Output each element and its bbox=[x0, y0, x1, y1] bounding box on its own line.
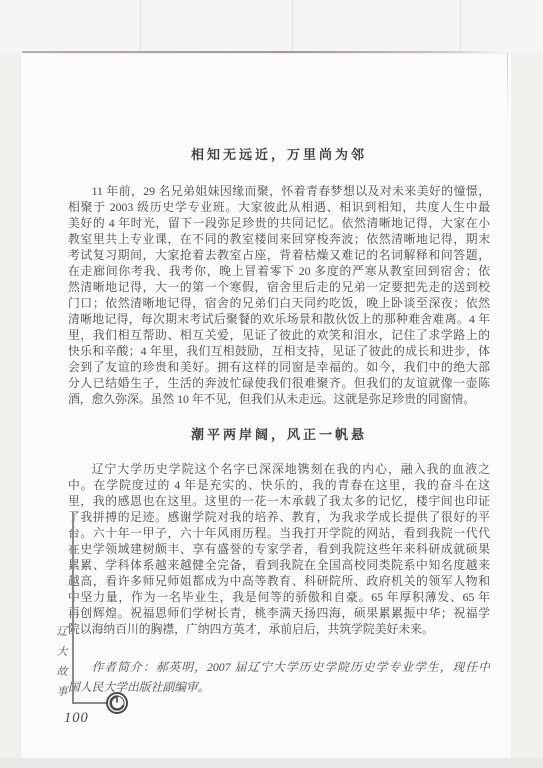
text-line: 累累、学科体系越来越健全完备，看到我院在全国高校同类院系中知名度越来 bbox=[68, 557, 490, 573]
text-line: 再创辉煌。祝福恩师们学树长青，桃李满天扬四海，硕果累累振中华；祝福学 bbox=[68, 605, 490, 621]
text-line: 教室里共上专业课，在不同的教室楼间来回穿梭奔波；依然清晰地记得，期末 bbox=[68, 231, 490, 247]
text-line: 国人民大学出版社副编审。 bbox=[68, 677, 490, 697]
author-note: 作者简介：郝英明，2007 届辽宁大学历史学院历史学专业学生，现任中国人民大学出… bbox=[68, 657, 490, 697]
text-line: 中。在学院度过的 4 年是充实的、快乐的，我的青春在这里，我的奋斗在这 bbox=[68, 477, 490, 493]
text-line: 考试复习期间，大家抢着去教室占座，背着枯燥又难记的名词解释和问答题， bbox=[68, 247, 490, 263]
text-line: 在走廊间你考我、我考你，晚上冒着零下 20 多度的严寒从教室回到宿舍；依 bbox=[68, 263, 490, 279]
section-heading-1: 相知无远近，万里尚为邻 bbox=[68, 144, 490, 163]
university-emblem-icon bbox=[105, 691, 129, 715]
text-line: 台。六十年一甲子，六十年风雨历程。当我打开学院的网站，看到我院一代代 bbox=[68, 525, 490, 541]
text-line: 里，我的感恩也在这里。这里的一花一木承载了我太多的记忆，楼宇间也印证 bbox=[68, 493, 490, 509]
text-line: 辽 bbox=[54, 622, 70, 642]
text-line: 门口；依然清晰地记得，宿舍的兄弟们白天同约吃饭，晚上卧谈至深夜；依然 bbox=[68, 295, 490, 311]
paragraph-2: 辽宁大学历史学院这个名字已深深地镌刻在我的内心，融入我的血液之中。在学院度过的 … bbox=[68, 461, 490, 637]
text-line: 辽宁大学历史学院这个名字已深深地镌刻在我的内心，融入我的血液之 bbox=[68, 461, 490, 477]
sidebar-rail-horizontal bbox=[72, 702, 108, 704]
text-line: 清晰地记得，每次期末考试后聚餐的欢乐场景和散伙饭上的那种难舍难离。4 年 bbox=[68, 311, 490, 327]
text-line: 大 bbox=[54, 642, 70, 662]
paragraph-1: 11 年前，29 名兄弟姐妹因缘而聚，怀着青春梦想以及对未来美好的憧憬，相聚于 … bbox=[68, 183, 490, 407]
text-line: 会到了友谊的珍贵和美好。拥有这样的同窗是幸福的。如今，我们中的绝大部 bbox=[68, 359, 490, 375]
text-line: 快乐和辛酸；4 年里，我们互相鼓励，互相支持，见证了彼此的成长和进步，体 bbox=[68, 343, 490, 359]
sidebar-rail-vertical bbox=[72, 512, 74, 703]
text-line: 在史学领域建树颇丰、享有盛誉的专家学者，看到我院这些年来科研成就硕果 bbox=[68, 541, 490, 557]
text-line: 然清晰地记得，大一的第一个寒假，宿舍里后走的兄弟一定要把先走的送到校 bbox=[68, 279, 490, 295]
text-line: 越高，看许多师兄师姐都成为中高等教育、科研院所、政府机关的领军人物和 bbox=[68, 573, 490, 589]
text-line: 相聚于 2003 级历史学专业班。大家彼此从相遇、相识到相知，共度人生中最 bbox=[68, 199, 490, 215]
text-line: 分人已结婚生子，生活的奔波忙碌使我们很难聚齐。但我们的友谊就像一壶陈 bbox=[68, 375, 490, 391]
text-line: 了我拼搏的足迹。感谢学院对我的培养、教育，为我求学成长提供了很好的平 bbox=[68, 509, 490, 525]
text-line: 中坚力量，作为一名毕业生，我是何等的骄傲和自豪。65 年厚积薄发、65 年 bbox=[68, 589, 490, 605]
text-line: 故 bbox=[54, 662, 70, 682]
text-line: 院以海纳百川的胸襟，广纳四方英才，承前启后，共筑学院美好未来。 bbox=[68, 621, 490, 637]
sidebar-series-label: 辽大故事 bbox=[54, 622, 70, 702]
text-line: 11 年前，29 名兄弟姐妹因缘而聚，怀着青春梦想以及对未来美好的憧憬， bbox=[68, 183, 490, 199]
article-content: 相知无远近，万里尚为邻 11 年前，29 名兄弟姐妹因缘而聚，怀着青春梦想以及对… bbox=[0, 0, 543, 768]
text-line: 美好的 4 年时光，留下一段弥足珍贵的共同记忆。依然清晰地记得，大家在小 bbox=[68, 215, 490, 231]
text-line: 里，我们相互帮助、相互关爱，见证了彼此的欢笑和泪水，记住了求学路上的 bbox=[68, 327, 490, 343]
text-line: 酒，愈久弥深。虽然 10 年不见，但我们从未走远。这就是弥足珍贵的同窗情。 bbox=[68, 391, 490, 407]
text-line: 作者简介：郝英明，2007 届辽宁大学历史学院历史学专业学生，现任中 bbox=[68, 657, 490, 677]
section-heading-2: 潮平两岸阔，风正一帆悬 bbox=[68, 424, 490, 443]
text-line: 事 bbox=[54, 682, 70, 702]
scanned-book-page: 相知无远近，万里尚为邻 11 年前，29 名兄弟姐妹因缘而聚，怀着青春梦想以及对… bbox=[0, 0, 543, 768]
page-number: 100 bbox=[64, 710, 89, 727]
